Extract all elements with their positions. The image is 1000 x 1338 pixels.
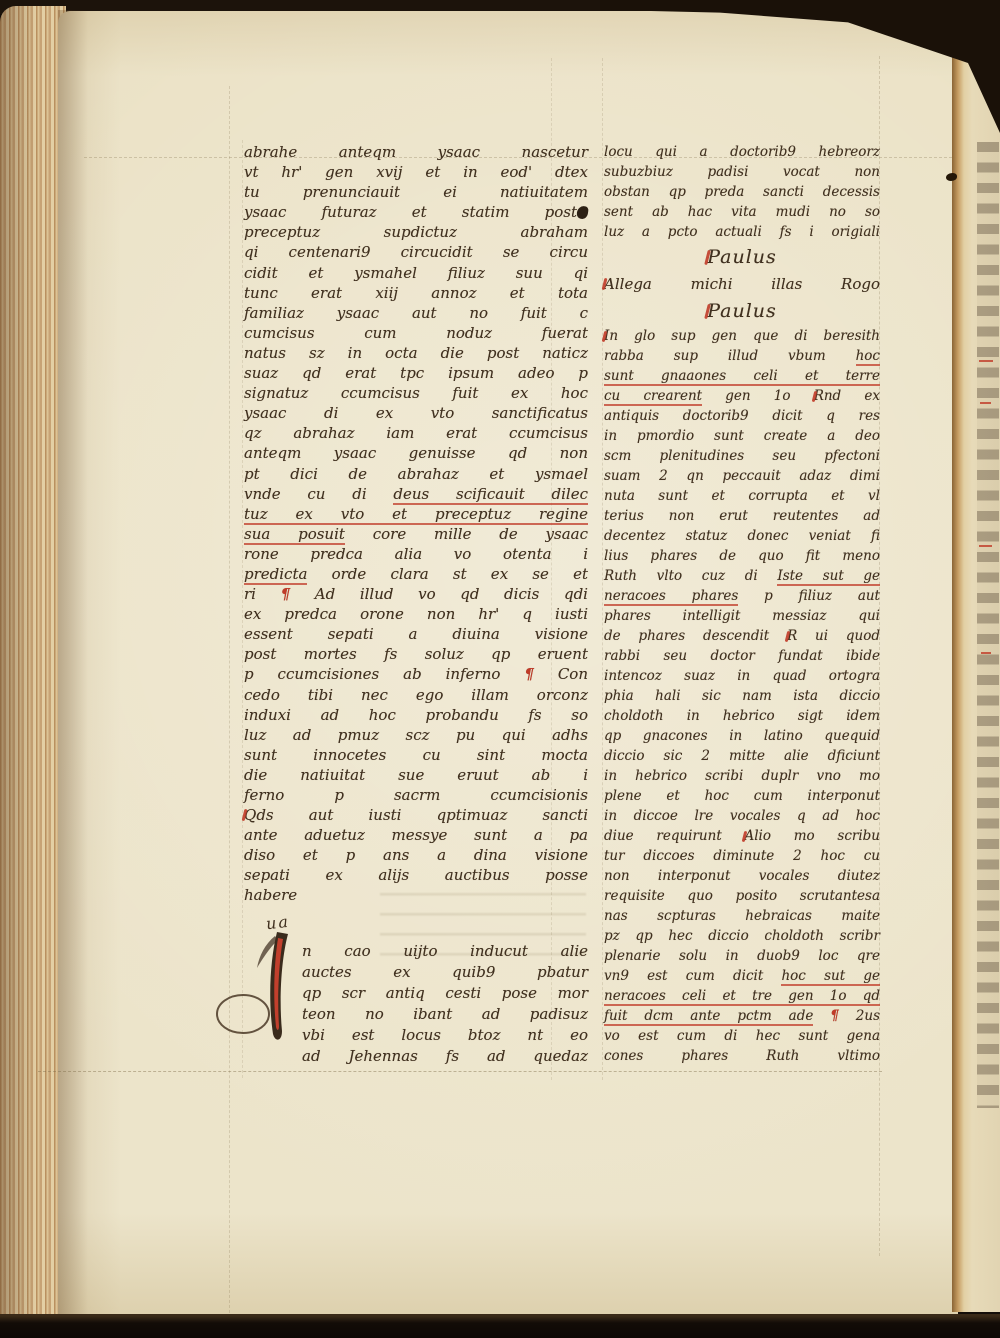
- text-segment: tu prenunciauit ei natiuitatem: [244, 183, 588, 201]
- manuscript-line: diccio sic 2 mitte alie dficiunt: [604, 746, 880, 766]
- manuscript-line: vbi est locus btoz nt eo: [302, 1025, 588, 1046]
- manuscript-line: requisite quo posito scrutantesa: [604, 886, 880, 906]
- ruling-line: [229, 86, 230, 1318]
- red-underlined-text: sunt gnaaones celi et terre: [604, 368, 880, 386]
- text-segment: [813, 1008, 830, 1024]
- manuscript-line: die natiuitat sue eruut ab i: [244, 765, 588, 785]
- text-segment: phares intelligit messiaz qui: [604, 608, 880, 624]
- text-segment: lio mo scribu: [754, 828, 880, 844]
- text-segment: vbi est locus btoz nt eo: [302, 1026, 588, 1044]
- rubricated-initial: A: [744, 828, 754, 844]
- manuscript-line: tuz ex vto et preceptuz regine: [244, 504, 588, 524]
- text-segment: de phares descendit: [604, 628, 787, 644]
- manuscript-line: post mortes fs soluz qp eruent: [244, 644, 588, 664]
- text-segment: suam 2 qn peccauit adaz dimi: [604, 468, 880, 484]
- text-segment: cones phares Ruth vltimo: [604, 1048, 880, 1064]
- text-segment: pt dici de abrahaz et ysmael: [244, 465, 588, 483]
- manuscript-line: qp gnacones in latino quequid: [604, 726, 880, 746]
- manuscript-line: cidit et ysmahel filiuz suu qi: [244, 263, 588, 283]
- manuscript-line: decentez statuz donec veniat fi: [604, 526, 880, 546]
- text-segment: vnde cu di: [244, 485, 393, 503]
- next-page-red-mark: [981, 652, 991, 654]
- text-segment: sepati ex alijs auctibus posse: [244, 866, 588, 884]
- manuscript-line: subuzbiuz padisi vocat non: [604, 162, 880, 182]
- manuscript-line: p ccumcisiones ab inferno ¶ Con: [244, 664, 588, 684]
- manuscript-line: diue requirunt Alio mo scribu: [604, 826, 880, 846]
- text-segment: natus sz in octa die post naticz: [244, 344, 588, 362]
- text-segment: post mortes fs soluz qp eruent: [244, 645, 588, 663]
- paragraph-mark: ¶: [281, 585, 291, 603]
- rubricated-initial: R: [814, 388, 824, 404]
- book-page-stack-edge: [0, 6, 66, 1332]
- text-segment: tunc erat xiij annoz et tota: [244, 284, 588, 302]
- manuscript-line: familiaz ysaac aut no fuit c: [244, 303, 588, 323]
- manuscript-line: qi centenari9 circucidit se circu: [244, 242, 588, 262]
- text-segment: vt hr' gen xvij et in eod' dtex: [244, 163, 588, 181]
- text-segment: cedo tibi nec ego illam orconz: [244, 686, 588, 704]
- text-segment: lius phares de quo fit meno: [604, 548, 880, 564]
- manuscript-line: terius non erut reutentes ad: [604, 506, 880, 526]
- right-text-column: locu qui a doctorib9 hebreorzsubuzbiuz p…: [604, 142, 880, 1066]
- manuscript-line: sua posuit core mille de ysaac: [244, 524, 588, 544]
- manuscript-line: cones phares Ruth vltimo: [604, 1046, 880, 1066]
- text-segment: abrahe anteqm ysaac nascetur: [244, 143, 588, 161]
- text-segment: habere: [244, 886, 297, 904]
- manuscript-line: nuta sunt et corrupta et vl: [604, 486, 880, 506]
- manuscript-line: phia hali sic nam ista diccio: [604, 686, 880, 706]
- red-underlined-text: hoc: [856, 348, 880, 366]
- text-segment: sunt innocetes cu sint mocta: [244, 746, 588, 764]
- text-segment: ex predca orone non hr' q iusti: [244, 605, 588, 623]
- manuscript-line: ysaac di ex vto sanctificatus: [244, 403, 588, 423]
- manuscript-line: induxi ad hoc probandu fs so: [244, 705, 588, 725]
- rubric-heading: Paulus: [604, 296, 880, 326]
- manuscript-line: rabba sup illud vbum hoc: [604, 346, 880, 366]
- manuscript-line: natus sz in octa die post naticz: [244, 343, 588, 363]
- text-segment: ui quod: [797, 628, 880, 644]
- next-page-red-mark: [980, 402, 991, 404]
- text-segment: ante aduetuz messye sunt a pa: [244, 826, 588, 844]
- text-segment: auctes ex quib9 pbatur: [302, 963, 588, 981]
- text-segment: in pmordio sunt create a deo: [604, 428, 880, 444]
- text-segment: qp scr antiq cesti pose mor: [302, 984, 588, 1002]
- text-segment: p ccumcisiones ab inferno: [244, 665, 524, 683]
- manuscript-line: in hebrico scribi duplr vno mo: [604, 766, 880, 786]
- manuscript-line: ri ¶ Ad illud vo qd dicis qdi: [244, 584, 588, 604]
- text-segment: diccio sic 2 mitte alie dficiunt: [604, 748, 880, 764]
- text-segment: sent ab hac vita mudi no so: [604, 204, 880, 220]
- text-segment: qz abrahaz iam erat ccumcisus: [244, 424, 588, 442]
- text-segment: nuta sunt et corrupta et vl: [604, 488, 880, 504]
- manuscript-line: qp scr antiq cesti pose mor: [302, 983, 588, 1004]
- manuscript-line: luz ad pmuz scz pu qui adhs: [244, 725, 588, 745]
- text-segment: gen 1o: [702, 388, 814, 404]
- manuscript-line: tunc erat xiij annoz et tota: [244, 283, 588, 303]
- red-underlined-text: deus scificauit dilec: [393, 485, 588, 505]
- rubricated-initial: R: [787, 628, 797, 644]
- manuscript-line: cumcisus cum noduz fuerat: [244, 323, 588, 343]
- text-segment: ri: [244, 585, 281, 603]
- manuscript-line: ante aduetuz messye sunt a pa: [244, 825, 588, 845]
- ruling-line: [602, 58, 603, 1080]
- manuscript-line: Ruth vlto cuz di Iste sut ge: [604, 566, 880, 586]
- text-segment: signatuz ccumcisus fuit ex hoc: [244, 384, 588, 402]
- text-segment: rabbi seu doctor fundat ibide: [604, 648, 880, 664]
- manuscript-line: vo est cum di hec sunt gena: [604, 1026, 880, 1046]
- manuscript-line: nas scpturas hebraicas maite: [604, 906, 880, 926]
- manuscript-line: cu crearent gen 1o Rnd ex: [604, 386, 880, 406]
- binding-bottom-edge: [0, 1314, 1000, 1338]
- text-segment: 2us: [839, 1008, 880, 1024]
- manuscript-line: antiquis doctorib9 dicit q res: [604, 406, 880, 426]
- gutter-shadow: [58, 10, 88, 1316]
- red-underlined-text: sua posuit: [244, 525, 345, 545]
- manuscript-line: Allega michi illas Rogo: [604, 272, 880, 296]
- manuscript-line: de phares descendit R ui quod: [604, 626, 880, 646]
- text-segment: aulus: [720, 300, 777, 322]
- next-page-red-mark: [979, 545, 992, 547]
- manuscript-line: lius phares de quo fit meno: [604, 546, 880, 566]
- text-segment: tur diccoes diminute 2 hoc cu: [604, 848, 880, 864]
- next-page-red-mark: [979, 360, 993, 362]
- manuscript-line: preceptuz supdictuz abraham: [244, 222, 588, 242]
- text-segment: non interponut vocales diutez: [604, 868, 880, 884]
- paragraph-mark: ¶: [830, 1008, 839, 1024]
- manuscript-line: obstan qp preda sancti decessis: [604, 182, 880, 202]
- text-segment: ds aut iusti qptimuaz sancti: [256, 806, 588, 824]
- manuscript-line: qz abrahaz iam erat ccumcisus: [244, 423, 588, 443]
- manuscript-line: signatuz ccumcisus fuit ex hoc: [244, 383, 588, 403]
- manuscript-line: In glo sup gen que di beresith: [604, 326, 880, 346]
- text-segment: luz ad pmuz scz pu qui adhs: [244, 726, 588, 744]
- manuscript-line: Qds aut iusti qptimuaz sancti: [244, 805, 588, 825]
- manuscript-line: abrahe anteqm ysaac nascetur: [244, 142, 588, 162]
- left-text-column: abrahe anteqm ysaac nasceturvt hr' gen x…: [244, 142, 588, 906]
- manuscript-line: tu prenunciauit ei natiuitatem: [244, 182, 588, 202]
- text-segment: obstan qp preda sancti decessis: [604, 184, 880, 200]
- text-segment: antiquis doctorib9 dicit q res: [604, 408, 880, 424]
- manuscript-line: in pmordio sunt create a deo: [604, 426, 880, 446]
- text-segment: ysaac futuraz et statim post: [244, 203, 577, 221]
- text-segment: essent sepati a diuina visione: [244, 625, 588, 643]
- manuscript-line: rabbi seu doctor fundat ibide: [604, 646, 880, 666]
- manuscript-line: essent sepati a diuina visione: [244, 624, 588, 644]
- text-segment: Ruth vlto cuz di: [604, 568, 777, 584]
- paragraph-mark: ¶: [524, 665, 534, 683]
- manuscript-line: pz qp hec diccio choldoth scribr: [604, 926, 880, 946]
- manuscript-line: fuit dcm ante pctm ade ¶ 2us: [604, 1006, 880, 1026]
- manuscript-line: sent ab hac vita mudi no so: [604, 202, 880, 222]
- text-segment: subuzbiuz padisi vocat non: [604, 164, 880, 180]
- manuscript-line: non interponut vocales diutez: [604, 866, 880, 886]
- text-segment: Ad illud vo qd dicis qdi: [290, 585, 588, 603]
- manuscript-line: auctes ex quib9 pbatur: [302, 962, 588, 983]
- rubricated-initial: I: [604, 328, 609, 344]
- manuscript-line: predicta orde clara st ex se et: [244, 564, 588, 584]
- text-segment: nd ex: [824, 388, 880, 404]
- text-segment: aulus: [720, 246, 777, 268]
- ruling-line: [38, 1071, 882, 1072]
- text-segment: nas scpturas hebraicas maite: [604, 908, 880, 924]
- manuscript-line: sepati ex alijs auctibus posse: [244, 865, 588, 885]
- manuscript-line: phares intelligit messiaz qui: [604, 606, 880, 626]
- text-segment: scm plenitudines seu pfectoni: [604, 448, 880, 464]
- red-underlined-text: neracoes phares: [604, 588, 738, 606]
- manuscript-line: ysaac futuraz et statim post: [244, 202, 588, 222]
- manuscript-line: ad Jehennas fs ad quedaz: [302, 1046, 588, 1067]
- text-segment: preceptuz supdictuz abraham: [244, 223, 588, 241]
- text-segment: intencoz suaz in quad ortogra: [604, 668, 880, 684]
- text-segment: p filiuz aut: [738, 588, 880, 604]
- text-segment: rone predca alia vo otenta i: [244, 545, 588, 563]
- manuscript-line: teon no ibant ad padisuz: [302, 1004, 588, 1025]
- manuscript-line: vn9 est cum dicit hoc sut ge: [604, 966, 880, 986]
- red-underlined-text: predicta: [244, 565, 307, 585]
- text-segment: plene et hoc cum interponut: [604, 788, 880, 804]
- text-segment: diue requirunt: [604, 828, 744, 844]
- manuscript-line: suaz qd erat tpc ipsum adeo p: [244, 363, 588, 383]
- manuscript-line: plenarie solu in duob9 loc qre: [604, 946, 880, 966]
- manuscript-line: locu qui a doctorib9 hebreorz: [604, 142, 880, 162]
- manuscript-line: sunt gnaaones celi et terre: [604, 366, 880, 386]
- manuscript-line: sunt innocetes cu sint mocta: [244, 745, 588, 765]
- manuscript-line: neracoes celi et tre gen 1o qd: [604, 986, 880, 1006]
- manuscript-line: neracoes phares p filiuz aut: [604, 586, 880, 606]
- manuscript-line: ex predca orone non hr' q iusti: [244, 604, 588, 624]
- manuscript-line: in diccoe lre vocales q ad hoc: [604, 806, 880, 826]
- manuscript-line: diso et p ans a dina visione: [244, 845, 588, 865]
- text-segment: requisite quo posito scrutantesa: [604, 888, 880, 904]
- rubric-heading: Paulus: [604, 242, 880, 272]
- text-segment: core mille de ysaac: [345, 525, 588, 543]
- manuscript-line: suam 2 qn peccauit adaz dimi: [604, 466, 880, 486]
- text-segment: decentez statuz donec veniat fi: [604, 528, 880, 544]
- manuscript-line: pt dici de abrahaz et ysmael: [244, 464, 588, 484]
- manuscript-line: anteqm ysaac genuisse qd non: [244, 443, 588, 463]
- manuscript-line: choldoth in hebrico sigt idem: [604, 706, 880, 726]
- rubricated-initial: P: [707, 246, 720, 268]
- text-segment: orde clara st ex se et: [307, 565, 588, 583]
- red-underlined-text: fuit dcm ante pctm ade: [604, 1008, 813, 1026]
- manuscript-line: scm plenitudines seu pfectoni: [604, 446, 880, 466]
- text-segment: in diccoe lre vocales q ad hoc: [604, 808, 880, 824]
- text-segment: n glo sup gen que di beresith: [609, 328, 880, 344]
- text-segment: pz qp hec diccio choldoth scribr: [604, 928, 880, 944]
- text-segment: ferno p sacrm ccumcisionis: [244, 786, 588, 804]
- next-page-text-fragments: [977, 142, 999, 1108]
- text-segment: teon no ibant ad padisuz: [302, 1005, 588, 1023]
- text-segment: rabba sup illud vbum: [604, 348, 856, 364]
- manuscript-line: plene et hoc cum interponut: [604, 786, 880, 806]
- text-segment: diso et p ans a dina visione: [244, 846, 588, 864]
- text-segment: in hebrico scribi duplr vno mo: [604, 768, 880, 784]
- text-segment: vo est cum di hec sunt gena: [604, 1028, 880, 1044]
- text-segment: vn9 est cum dicit: [604, 968, 781, 984]
- text-segment: anteqm ysaac genuisse qd non: [244, 444, 588, 462]
- manuscript-line: luz a pcto actuali fs i origiali: [604, 222, 880, 242]
- manuscript-line: rone predca alia vo otenta i: [244, 544, 588, 564]
- manuscript-line: vt hr' gen xvij et in eod' dtex: [244, 162, 588, 182]
- manuscript-line: vnde cu di deus scificauit dilec: [244, 484, 588, 504]
- rubricated-initial: Q: [244, 806, 256, 824]
- red-underlined-text: Iste sut ge: [777, 568, 880, 586]
- red-underlined-text: cu crearent: [604, 388, 702, 406]
- text-segment: cumcisus cum noduz fuerat: [244, 324, 588, 342]
- text-segment: choldoth in hebrico sigt idem: [604, 708, 880, 724]
- red-underlined-text: hoc sut ge: [781, 968, 880, 986]
- text-segment: n cao uijto inducut alie: [302, 942, 588, 960]
- text-segment: cidit et ysmahel filiuz suu qi: [244, 264, 588, 282]
- ink-blot: [576, 206, 589, 220]
- text-segment: Con: [534, 665, 588, 683]
- text-segment: qi centenari9 circucidit se circu: [244, 243, 588, 261]
- text-segment: phia hali sic nam ista diccio: [604, 688, 880, 704]
- text-segment: familiaz ysaac aut no fuit c: [244, 304, 588, 322]
- text-segment: locu qui a doctorib9 hebreorz: [604, 144, 880, 160]
- text-segment: terius non erut reutentes ad: [604, 508, 880, 524]
- text-segment: luz a pcto actuali fs i origiali: [604, 224, 880, 240]
- text-segment: induxi ad hoc probandu fs so: [244, 706, 588, 724]
- manuscript-line: cedo tibi nec ego illam orconz: [244, 685, 588, 705]
- text-segment: die natiuitat sue eruut ab i: [244, 766, 588, 784]
- manuscript-line: tur diccoes diminute 2 hoc cu: [604, 846, 880, 866]
- rubricated-initial: A: [604, 275, 615, 293]
- rubricated-initial: P: [707, 300, 720, 322]
- text-segment: suaz qd erat tpc ipsum adeo p: [244, 364, 588, 382]
- red-underlined-text: tuz ex vto et preceptuz regine: [244, 505, 588, 525]
- manuscript-line: n cao uijto inducut alie: [302, 941, 588, 962]
- manuscript-line: habere: [244, 885, 588, 905]
- red-underlined-text: neracoes celi et tre gen 1o qd: [604, 988, 880, 1006]
- text-segment: ad Jehennas fs ad quedaz: [302, 1047, 588, 1065]
- manuscript-line: intencoz suaz in quad ortogra: [604, 666, 880, 686]
- text-segment: ysaac di ex vto sanctificatus: [244, 404, 588, 422]
- text-segment: plenarie solu in duob9 loc qre: [604, 948, 880, 964]
- left-column-final-paragraph: n cao uijto inducut alieauctes ex quib9 …: [302, 941, 588, 1067]
- manuscript-line: ferno p sacrm ccumcisionis: [244, 785, 588, 805]
- text-segment: llega michi illas Rogo: [615, 275, 880, 293]
- text-segment: qp gnacones in latino quequid: [604, 728, 880, 744]
